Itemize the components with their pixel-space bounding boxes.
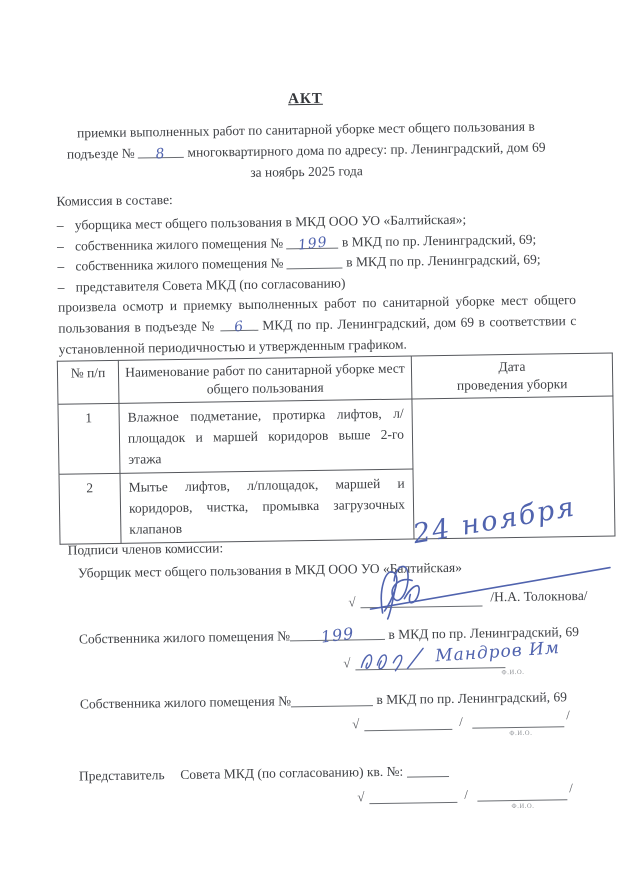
commission-heading: Комиссия в составе: xyxy=(56,189,173,212)
cleaning-date-handwritten: 24 ноября xyxy=(412,496,578,545)
slash-end: / xyxy=(566,707,570,723)
slash-separator: / xyxy=(459,714,463,730)
checkmark: √ xyxy=(352,716,359,732)
apartment-number-blank: 199 xyxy=(286,234,338,249)
representative-apartment-blank xyxy=(406,763,448,778)
cleaner-signature-scribble xyxy=(352,547,618,621)
document-page: АКТ приемки выполненных работ по санитар… xyxy=(0,0,621,877)
row1-work: Влажное подметание, протирка лифтов, л/п… xyxy=(119,399,413,473)
owner1-apartment-handwritten: 199 xyxy=(320,624,356,647)
apartment-number-handwritten: 199 xyxy=(296,232,328,256)
scanned-sheet: АКТ приемки выполненных работ по санитар… xyxy=(0,0,621,877)
row1-num: 1 xyxy=(58,403,120,474)
dash-icon: – xyxy=(58,277,76,298)
signature-line xyxy=(472,726,564,728)
checkmark: √ xyxy=(357,789,364,805)
date-cell: 24 ноября xyxy=(412,396,615,539)
checkmark: √ xyxy=(343,655,350,671)
fio-label: Ф.И.О. xyxy=(509,730,532,737)
dash-icon: – xyxy=(57,256,75,277)
header-work: Наименование работ по санитарной уборке … xyxy=(118,356,412,403)
entrance-number-handwritten-2: 6 xyxy=(233,317,245,339)
signature-line xyxy=(369,802,457,804)
slash-end: / xyxy=(569,780,573,796)
fio-label: Ф.И.О. xyxy=(501,669,524,676)
inspection-paragraph: произвела осмотр и приемку выполненных р… xyxy=(58,289,577,360)
title-row: АКТ xyxy=(0,85,616,112)
owner1-apartment-blank: 199 xyxy=(290,626,385,641)
apartment-number-blank-empty xyxy=(287,255,343,270)
row2-num: 2 xyxy=(59,473,121,544)
owner2-apartment-blank xyxy=(291,692,373,707)
header-date: Дата проведения уборки xyxy=(411,353,613,399)
signature-line xyxy=(477,799,567,801)
header-num: № п/п xyxy=(57,360,119,404)
slash-separator: / xyxy=(464,787,468,803)
entrance-number-blank: 8 xyxy=(138,144,184,159)
row2-work: Мытье лифтов, л/площадок, маршей и корид… xyxy=(120,469,414,543)
owner1-name-handwritten: Мандров Им xyxy=(435,638,561,666)
representative-label: Представитель Совета МКД (по согласовани… xyxy=(79,763,449,784)
dash-icon: – xyxy=(57,236,75,257)
dash-icon: – xyxy=(57,215,75,236)
fio-label: Ф.И.О. xyxy=(511,803,534,810)
commission-list: – уборщика мест общего пользования в МКД… xyxy=(57,208,580,298)
works-table: № п/п Наименование работ по санитарной у… xyxy=(57,353,616,545)
entrance-number-handwritten: 8 xyxy=(155,144,167,166)
doc-title: АКТ xyxy=(288,91,323,108)
table-row: 1 Влажное подметание, протирка лифтов, л… xyxy=(58,396,614,474)
intro-paragraph: приемки выполненных работ по санитарной … xyxy=(0,114,617,186)
signature-line xyxy=(364,729,452,731)
signatures-heading: Подписи членов комиссии: xyxy=(67,537,223,560)
entrance-number-blank-2: 6 xyxy=(220,317,258,332)
owner2-label: Собственника жилого помещения № в МКД по… xyxy=(80,689,567,712)
